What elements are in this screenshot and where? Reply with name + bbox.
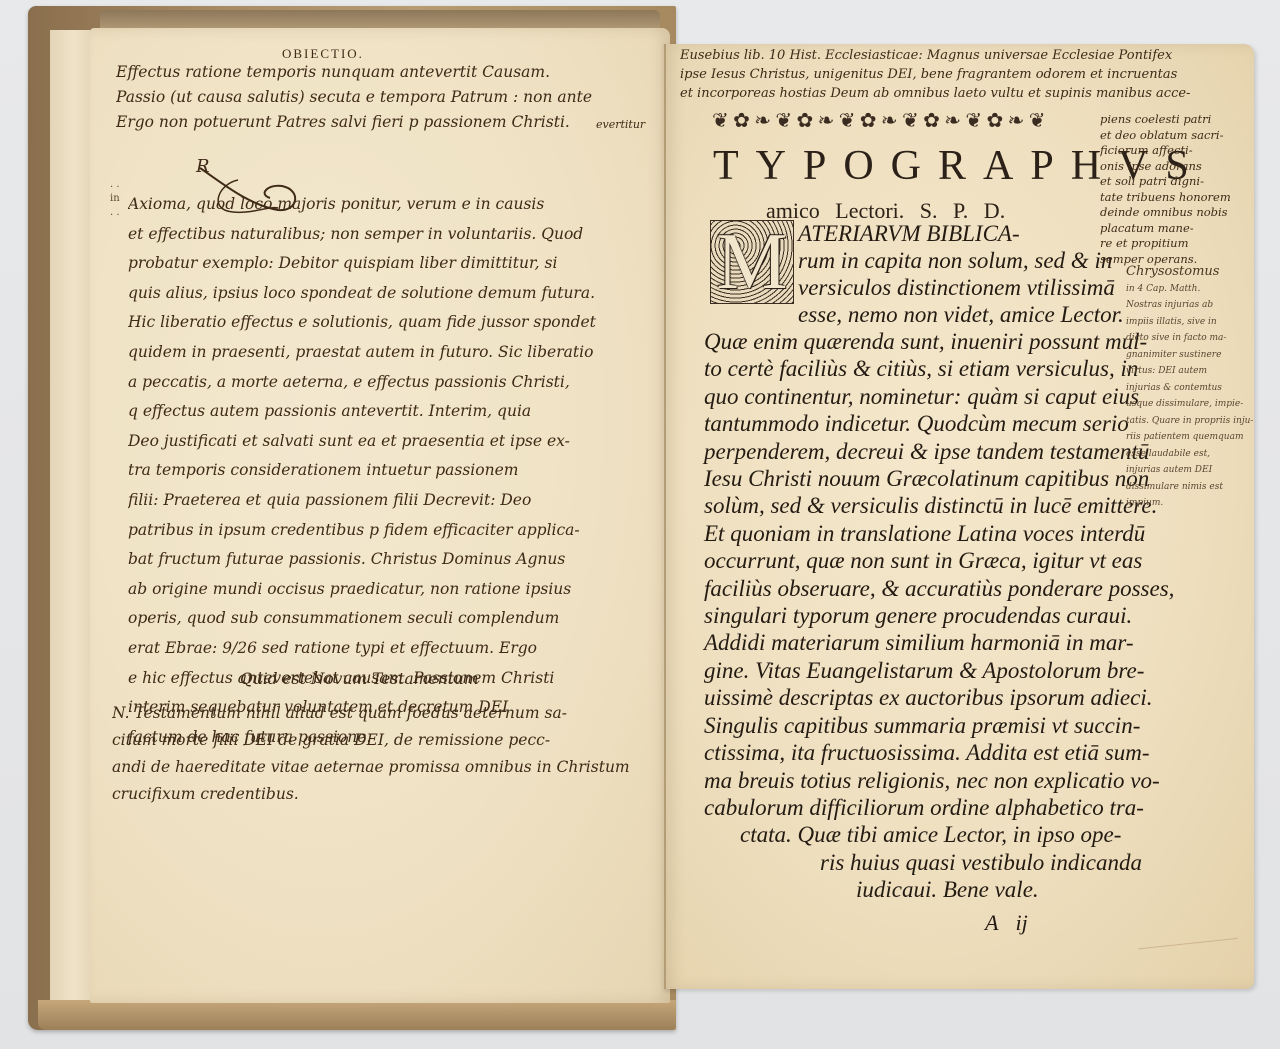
preface-line: versiculos distinctionem vtilissimā bbox=[798, 274, 1124, 301]
annotation-line: tate tribuens honorem bbox=[1100, 190, 1260, 206]
book-gutter bbox=[664, 44, 666, 989]
margin-marks: . . in . . bbox=[110, 178, 120, 220]
preface-line: perpenderem, decreui & ipse tandem testa… bbox=[704, 438, 1174, 465]
nt-line: crucifixum credentibus. bbox=[112, 781, 672, 808]
margin-mark: in bbox=[110, 192, 120, 206]
preface-line: tantummodo indicetur. Quodcùm mecum seri… bbox=[704, 410, 1174, 437]
preface-line: to certè faciliùs & citiùs, si etiam ver… bbox=[704, 355, 1174, 382]
preface-line: Singulis capitibus summaria præmisi vt s… bbox=[704, 712, 1174, 739]
preface-line: cabulorum difficiliorum ordine alphabeti… bbox=[704, 794, 1174, 821]
objection-line: Ergo non potuerunt Patres salvi fieri p … bbox=[116, 110, 646, 135]
response-line: erat Ebrae: 9/26 sed ratione typi et eff… bbox=[128, 634, 658, 664]
annotation-line: Eusebius lib. 10 Hist. Ecclesiasticae: M… bbox=[680, 46, 1270, 65]
preface-line: singulari typorum genere procudendas cur… bbox=[704, 602, 1174, 629]
annotation-line: et deo oblatum sacri- bbox=[1100, 128, 1260, 144]
annotation-line: virtus: DEI autem bbox=[1126, 363, 1254, 380]
response-line: et effectibus naturalibus; non semper in… bbox=[128, 220, 658, 250]
annotation-line: dissimulare nimis est bbox=[1126, 479, 1254, 496]
nt-line: N. Testamentum nihil aliud est quam foed… bbox=[112, 700, 672, 727]
annotation-line: ficiorum affecti- bbox=[1100, 143, 1260, 159]
annotation-line: impiis illatis, sive in bbox=[1126, 314, 1254, 331]
annotation-line: re et propitium bbox=[1100, 236, 1260, 252]
preface-line: solùm, sed & versiculis distinctū in luc… bbox=[704, 492, 1174, 519]
response-line: filii: Praeterea et quia passionem filii… bbox=[128, 486, 658, 516]
nt-line: citum morte filii DEI de gratia DEI, de … bbox=[112, 727, 672, 754]
preface-line: ma breuis totius religionis, nec non exp… bbox=[704, 767, 1174, 794]
response-line: Deo justificati et salvati sunt ea et pr… bbox=[128, 427, 658, 457]
annotation-line: Nostras injurias ab bbox=[1126, 297, 1254, 314]
preface-line: Quæ enim quærenda sunt, inueniri possunt… bbox=[704, 328, 1174, 355]
preface-line: rum in capita non solum, sed & in bbox=[798, 247, 1124, 274]
preface-body: Quæ enim quærenda sunt, inueniri possunt… bbox=[704, 328, 1174, 849]
preface-line: gine. Vitas Euangelistarum & Apostolorum… bbox=[704, 657, 1174, 684]
decorated-initial-icon: M bbox=[710, 220, 794, 304]
response-line: a peccatis, a morte aeterna, e effectus … bbox=[128, 368, 658, 398]
preface-line: occurrunt, quæ non sunt in Græca, igitur… bbox=[704, 547, 1174, 574]
preface-line: esse, nemo non videt, amice Lector. bbox=[798, 301, 1124, 328]
annotation-line: ipse Iesus Christus, unigenitus DEI, ben… bbox=[680, 65, 1270, 84]
annotation-line: piens coelesti patri bbox=[1100, 112, 1260, 128]
preface-line: faciliùs obseruare, & accuratiùs pondera… bbox=[704, 575, 1174, 602]
annotation-line: impium. bbox=[1126, 495, 1254, 512]
cover-bottom-edge bbox=[38, 1000, 676, 1030]
annotation-line: placatum mane- bbox=[1100, 221, 1260, 237]
preface-line: ctissima, ita fructuosissima. Addita est… bbox=[704, 739, 1174, 766]
response-block: Axioma, quod loco majoris ponitur, verum… bbox=[128, 190, 658, 752]
response-line: quis alius, ipsius loco spondeat de solu… bbox=[128, 279, 658, 309]
response-line: q effectus autem passionis antevertit. I… bbox=[128, 397, 658, 427]
eusebius-annotation: Eusebius lib. 10 Hist. Ecclesiasticae: M… bbox=[680, 46, 1270, 103]
margin-annotation-continuation: piens coelesti patri et deo oblatum sacr… bbox=[1100, 112, 1260, 267]
section-heading-novum-testamentum: Quid est Novum Testamentum bbox=[240, 670, 479, 688]
annotation-line: usque dissimulare, impie- bbox=[1126, 396, 1254, 413]
pastedown-endpaper bbox=[50, 30, 91, 1000]
preface-line: Addidi materiarum similium harmoniā in m… bbox=[704, 629, 1174, 656]
annotation-line: onis ipse adorans bbox=[1100, 159, 1260, 175]
nt-line: andi de haereditate vitae aeternae promi… bbox=[112, 754, 672, 781]
preface-line: ctata. Quæ tibi amice Lector, in ipso op… bbox=[704, 821, 1174, 848]
preface-line: ATERIARVM BIBLICA- bbox=[798, 220, 1124, 247]
signature-mark: A ij bbox=[985, 910, 1028, 936]
preface-line: ris huius quasi vestibulo indicanda bbox=[820, 849, 1142, 876]
annotation-line: injurias & contemtus bbox=[1126, 380, 1254, 397]
margin-mark: . . bbox=[110, 206, 120, 220]
objection-line: Effectus ratione temporis nunquam anteve… bbox=[116, 60, 646, 85]
annotation-line: dicto sive in facto ma- bbox=[1126, 330, 1254, 347]
response-line: bat fructum futurae passionis. Christus … bbox=[128, 545, 658, 575]
response-line: tra temporis considerationem intuetur pa… bbox=[128, 456, 658, 486]
preface-line: iudicaui. Bene vale. bbox=[820, 876, 1142, 903]
preface-line: Et quoniam in translatione Latina voces … bbox=[704, 520, 1174, 547]
annotation-line: riis patientem quemquam bbox=[1126, 429, 1254, 446]
annotation-heading: Chrysostomus bbox=[1126, 264, 1254, 281]
chrysostom-annotation: Chrysostomus in 4 Cap. Matth. Nostras in… bbox=[1126, 264, 1254, 512]
preface-line: quo continentur, nominetur: quàm si capu… bbox=[704, 383, 1174, 410]
margin-mark: . . bbox=[110, 178, 120, 192]
annotation-line: et soli patri digni- bbox=[1100, 174, 1260, 190]
response-line: quidem in praesenti, praestat autem in f… bbox=[128, 338, 658, 368]
preface-line: uissimè descriptas ex auctoribus ipsorum… bbox=[704, 684, 1174, 711]
annotation-line: gnanimiter sustinere bbox=[1126, 347, 1254, 364]
preface-line: Iesu Christi nouum Græcolatinum capitibu… bbox=[704, 465, 1174, 492]
annotation-line: et incorporeas hostias Deum ab omnibus l… bbox=[680, 84, 1270, 103]
response-line: Axioma, quod loco majoris ponitur, verum… bbox=[128, 190, 658, 220]
annotation-line: deinde omnibus nobis bbox=[1100, 205, 1260, 221]
typographic-ornament-band: ❦ ✿ ❧ ❦ ✿ ❧ ❦ ✿ ❧ ❦ ✿ ❧ ❦ ✿ ❧ ❦ bbox=[712, 112, 1102, 144]
annotation-line: esse laudabile est, bbox=[1126, 446, 1254, 463]
objection-insert: evertitur bbox=[596, 118, 645, 131]
initial-letter: M bbox=[711, 221, 793, 303]
annotation-line: injurias autem DEI bbox=[1126, 462, 1254, 479]
response-line: patribus in ipsum credentibus p fidem ef… bbox=[128, 516, 658, 546]
annotation-line: tatis. Quare in propriis inju- bbox=[1126, 413, 1254, 430]
nt-definition-block: N. Testamentum nihil aliud est quam foed… bbox=[112, 700, 672, 808]
objection-line: Passio (ut causa salutis) secuta e tempo… bbox=[116, 85, 646, 110]
preface-closing: ris huius quasi vestibulo indicanda iudi… bbox=[820, 849, 1142, 903]
preface-opening: ATERIARVM BIBLICA- rum in capita non sol… bbox=[798, 220, 1124, 328]
response-line: operis, quod sub consummationem seculi c… bbox=[128, 604, 658, 634]
objection-block: Effectus ratione temporis nunquam anteve… bbox=[116, 60, 646, 135]
response-line: Hic liberatio effectus e solutionis, qua… bbox=[128, 308, 658, 338]
response-line: ab origine mundi occisus praedicatur, no… bbox=[128, 575, 658, 605]
response-line: probatur exemplo: Debitor quispiam liber… bbox=[128, 249, 658, 279]
annotation-line: in 4 Cap. Matth. bbox=[1126, 281, 1254, 298]
